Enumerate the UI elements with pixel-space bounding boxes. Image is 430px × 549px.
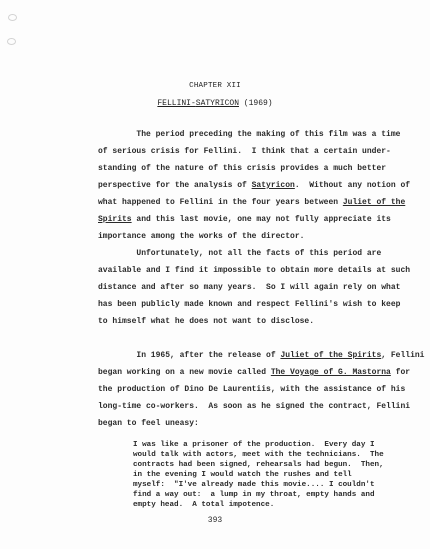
paragraph-line: Spirits and this last movie, one may not…	[98, 215, 391, 225]
paragraph-line: began to feel uneasy:	[98, 419, 199, 429]
paragraph-line: has been publicly made known and respect…	[98, 300, 400, 310]
paragraph-line: Unfortunately, not all the facts of this…	[98, 249, 381, 259]
paragraph-line: distance and after so many years. So I w…	[98, 283, 400, 293]
page-number: 393	[0, 516, 430, 525]
paragraph-line: to himself what he does not want to disc…	[98, 317, 314, 327]
block-quote-line: empty head. A total impotence.	[133, 501, 274, 511]
paragraph-line: of serious crisis for Fellini. I think t…	[98, 147, 391, 157]
paragraph-line: standing of the nature of this crisis pr…	[98, 164, 386, 174]
paragraph-line: the production of Dino De Laurentiis, wi…	[98, 385, 405, 395]
paragraph-line: what happened to Fellini in the four yea…	[98, 198, 405, 208]
block-quote-line: find a way out: a lump in my throat, emp…	[133, 491, 375, 501]
block-quote-line: contracts had been signed, rehearsals ha…	[133, 461, 384, 471]
block-quote-line: I was like a prisoner of the production.…	[133, 441, 375, 451]
chapter-heading: CHAPTER XII	[0, 82, 430, 90]
paragraph-line: The period preceding the making of this …	[98, 130, 400, 140]
punch-hole-mark	[8, 14, 17, 21]
block-quote-line: myself: "I've already made this movie...…	[133, 481, 375, 491]
paragraph-line: perspective for the analysis of Satyrico…	[98, 181, 410, 191]
document-page: CHAPTER XII FELLINI-SATYRICON (1969) The…	[0, 0, 430, 549]
paragraph-line: importance among the works of the direct…	[98, 232, 304, 242]
title-fellini: FELLINI-	[157, 99, 195, 108]
chapter-title: FELLINI-SATYRICON (1969)	[0, 99, 430, 108]
paragraph-line: long-time co-workers. As soon as he sign…	[98, 402, 410, 412]
title-satyricon: SATYRICON	[196, 99, 239, 108]
title-year: (1969)	[239, 99, 273, 108]
punch-hole-mark	[7, 38, 16, 45]
paragraph-line: began working on a new movie called The …	[98, 368, 410, 378]
paragraph-line: In 1965, after the release of Juliet of …	[98, 351, 424, 361]
block-quote-line: would talk with actors, meet with the te…	[133, 451, 384, 461]
paragraph-line: available and I find it impossible to ob…	[98, 266, 410, 276]
block-quote-line: in the evening I would watch the rushes …	[133, 471, 352, 481]
